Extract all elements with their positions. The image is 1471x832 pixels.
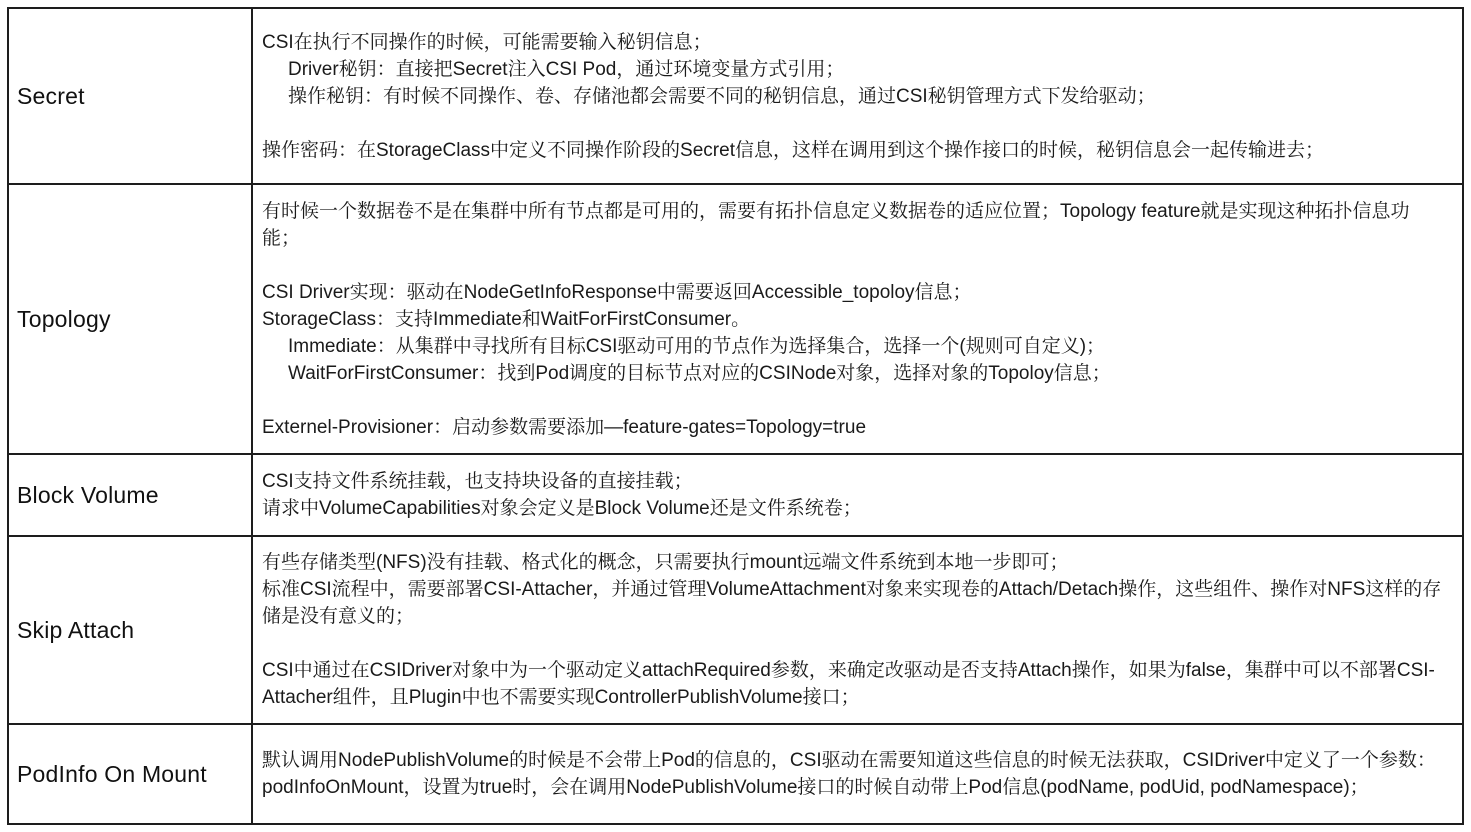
page: Secret CSI在执行不同操作的时候，可能需要输入秘钥信息；Driver秘钥… xyxy=(0,0,1471,832)
row-label-cell: Topology xyxy=(9,185,253,453)
content-line: WaitForFirstConsumer：找到Pod调度的目标节点对应的CSIN… xyxy=(262,360,1444,387)
row-label: Skip Attach xyxy=(17,617,134,644)
content-line: 操作密码：在StorageClass中定义不同操作阶段的Secret信息，这样在… xyxy=(262,137,1444,164)
row-label: Topology xyxy=(17,306,111,333)
content-line: 请求中VolumeCapabilities对象会定义是Block Volume还… xyxy=(262,495,1444,522)
content-line: Externel-Provisioner：启动参数需要添加—feature-ga… xyxy=(262,414,1444,441)
content-line: 标准CSI流程中，需要部署CSI-Attacher，并通过管理VolumeAtt… xyxy=(262,576,1444,630)
csi-feature-table: Secret CSI在执行不同操作的时候，可能需要输入秘钥信息；Driver秘钥… xyxy=(7,7,1464,825)
row-label-cell: Skip Attach xyxy=(9,537,253,723)
row-content-cell: 默认调用NodePublishVolume的时候是不会带上Pod的信息的，CSI… xyxy=(253,725,1462,823)
table-row: Skip Attach 有些存储类型(NFS)没有挂载、格式化的概念，只需要执行… xyxy=(9,537,1462,725)
row-label: PodInfo On Mount xyxy=(17,761,207,788)
content-line: CSI在执行不同操作的时候，可能需要输入秘钥信息； xyxy=(262,29,1444,56)
table-row: Topology 有时候一个数据卷不是在集群中所有节点都是可用的，需要有拓扑信息… xyxy=(9,185,1462,455)
content-line: 有时候一个数据卷不是在集群中所有节点都是可用的，需要有拓扑信息定义数据卷的适应位… xyxy=(262,198,1444,252)
content-line: Immediate：从集群中寻找所有目标CSI驱动可用的节点作为选择集合，选择一… xyxy=(262,333,1444,360)
content-line: 操作秘钥：有时候不同操作、卷、存储池都会需要不同的秘钥信息，通过CSI秘钥管理方… xyxy=(262,83,1444,110)
table-row: PodInfo On Mount 默认调用NodePublishVolume的时… xyxy=(9,725,1462,823)
content-line: CSI Driver实现：驱动在NodeGetInfoResponse中需要返回… xyxy=(262,279,1444,306)
content-line: 默认调用NodePublishVolume的时候是不会带上Pod的信息的，CSI… xyxy=(262,747,1444,801)
content-line: 有些存储类型(NFS)没有挂载、格式化的概念，只需要执行mount远端文件系统到… xyxy=(262,549,1444,576)
row-content-cell: 有时候一个数据卷不是在集群中所有节点都是可用的，需要有拓扑信息定义数据卷的适应位… xyxy=(253,185,1462,453)
row-content-cell: 有些存储类型(NFS)没有挂载、格式化的概念，只需要执行mount远端文件系统到… xyxy=(253,537,1462,723)
table-row: Block Volume CSI支持文件系统挂载，也支持块设备的直接挂载；请求中… xyxy=(9,455,1462,537)
content-line: CSI中通过在CSIDriver对象中为一个驱动定义attachRequired… xyxy=(262,657,1444,711)
blank-line xyxy=(262,252,1444,279)
row-label-cell: Block Volume xyxy=(9,455,253,535)
blank-line xyxy=(262,630,1444,657)
blank-line xyxy=(262,387,1444,414)
row-label: Secret xyxy=(17,83,85,110)
row-label-cell: Secret xyxy=(9,9,253,183)
content-line: Driver秘钥：直接把Secret注入CSI Pod，通过环境变量方式引用； xyxy=(262,56,1444,83)
row-content-cell: CSI支持文件系统挂载，也支持块设备的直接挂载；请求中VolumeCapabil… xyxy=(253,455,1462,535)
blank-line xyxy=(262,110,1444,137)
row-content-cell: CSI在执行不同操作的时候，可能需要输入秘钥信息；Driver秘钥：直接把Sec… xyxy=(253,9,1462,183)
row-label: Block Volume xyxy=(17,482,159,509)
content-line: CSI支持文件系统挂载，也支持块设备的直接挂载； xyxy=(262,468,1444,495)
content-line: StorageClass：支持Immediate和WaitForFirstCon… xyxy=(262,306,1444,333)
table-row: Secret CSI在执行不同操作的时候，可能需要输入秘钥信息；Driver秘钥… xyxy=(9,9,1462,185)
row-label-cell: PodInfo On Mount xyxy=(9,725,253,823)
